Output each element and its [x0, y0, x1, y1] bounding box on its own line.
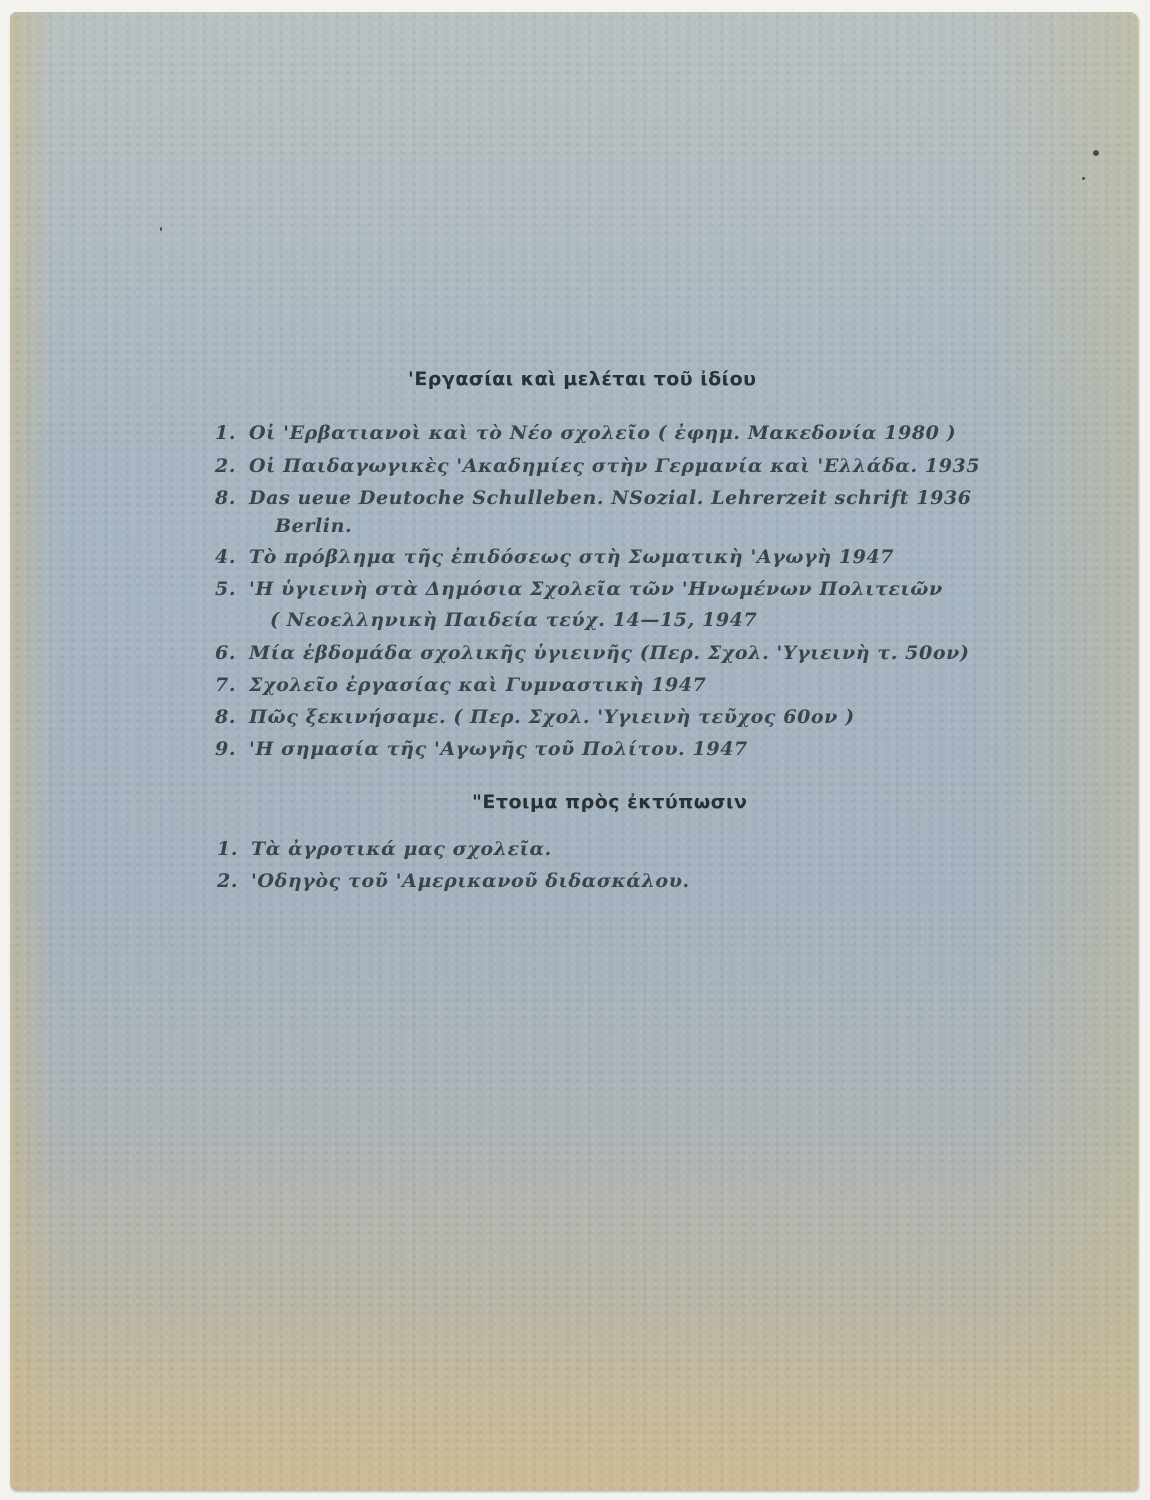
list-item: 8.Πῶς ξεκινήσαμε. ( Περ. Σχολ. 'Υγιεινὴ … — [215, 706, 855, 728]
list-item: 2.'Οδηγὸς τοῦ 'Αμερικανοῦ διδασκάλου. — [217, 870, 690, 892]
section-title-ready-for-print: "Ετοιμα πρὸς ἐκτύπωσιν — [472, 791, 747, 813]
list-item-continuation: ( Νεοελληνικὴ Παιδεία τεύχ. 14—15, 1947 — [270, 609, 757, 631]
list-item: 9.'Η σημασία τῆς 'Αγωγῆς τοῦ Πολίτου. 19… — [215, 738, 748, 760]
section-title-works: 'Εργασίαι καὶ μελέται τοῦ ἰδίου — [408, 368, 756, 390]
list-item: 8.Das ueue Deutoche Schulleben. NSozial.… — [215, 487, 972, 509]
book-back-cover: 'Εργασίαι καὶ μελέται τοῦ ἰδίου 1.Οἱ 'Ερ… — [10, 12, 1138, 1490]
list-item: 1.Τὰ ἀγροτικά μας σχολεῖα. — [217, 838, 552, 860]
list-item: 2.Οἱ Παιδαγωγικὲς 'Ακαδημίες στὴν Γερμαν… — [215, 455, 980, 477]
list-item: 4.Τὸ πρόβλημα τῆς ἐπιδόσεως στὴ Σωματικὴ… — [215, 546, 894, 568]
list-item: 7.Σχολεῖο ἐργασίας καὶ Γυμναστικὴ 1947 — [215, 674, 707, 696]
list-item: 1.Οἱ 'Ερβατιανοὶ καὶ τὸ Νέο σχολεῖο ( ἐφ… — [215, 422, 956, 444]
list-item-continuation: Berlin. — [275, 515, 352, 537]
list-item: 6.Μία ἑβδομάδα σχολικῆς ὑγιεινῆς (Περ. Σ… — [215, 642, 969, 664]
list-item: 5.'Η ὑγιεινὴ στὰ Δημόσια Σχολεῖα τῶν 'Ην… — [215, 578, 943, 600]
page-content: 'Εργασίαι καὶ μελέται τοῦ ἰδίου 1.Οἱ 'Ερ… — [10, 12, 1138, 1490]
